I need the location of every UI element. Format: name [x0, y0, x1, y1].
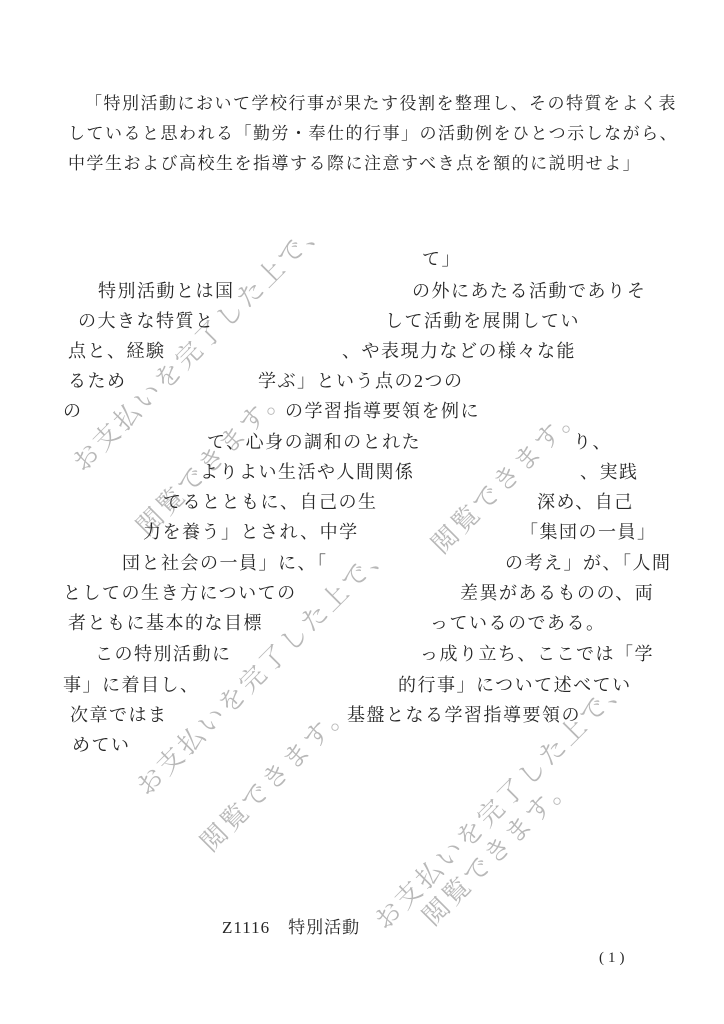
body-text-fragment: 団と社会の一員」に、「 [122, 549, 328, 575]
body-text-fragment: そ [627, 277, 647, 303]
body-line: としての生き方についての差異があるものの、両 [0, 579, 724, 605]
body-text-fragment: 点と、経験 [68, 337, 166, 363]
body-text-fragment: てるとともに、自己の生 [163, 488, 378, 514]
watermark-text: お支払いを完了した上で、 [132, 536, 396, 800]
body-text-fragment: り、 [573, 428, 612, 454]
body-text-fragment: めてい [72, 731, 131, 757]
body-text-fragment: 、や表現力などの様々な能 [342, 337, 576, 363]
body-line: 事」に着目し、的行事」について述べてい [0, 671, 724, 697]
watermark-text: 閲覧できます。 [418, 770, 578, 930]
body-text-fragment: としての生き方についての [63, 579, 297, 605]
body-text-fragment: の外にあたる活動であり [412, 277, 627, 303]
body-line: 者ともに基本的な目標っているのである。 [0, 609, 724, 635]
body-text-fragment: して活動を展開してい [385, 307, 580, 333]
body-text-fragment: の学習指導要領を例に [285, 397, 480, 423]
body-line: 次章ではま基盤となる学習指導要領の [0, 701, 724, 727]
body-line: るため学ぶ」という点の2つの [0, 367, 724, 393]
body-line: て、心身の調和のとれたり、 [0, 428, 724, 454]
body-text-fragment: 的行事」について述べてい [398, 671, 632, 697]
body-line: この特別活動にっ成り立ち、ここでは「学 [0, 640, 724, 666]
body-text-fragment: るため [68, 367, 127, 393]
document-page: お支払いを完了した上で、閲覧できます。お支払いを完了した上で、閲覧できます。閲覧… [0, 0, 724, 1024]
body-text-fragment: この特別活動に [95, 640, 232, 666]
page-number: (1) [599, 950, 629, 967]
body-text-fragment: 深め、自己 [537, 488, 634, 514]
document-code: Z1116 特別活動 [222, 913, 360, 938]
body-text-fragment: 者ともに基本的な目標 [68, 609, 263, 635]
prompt-line-2: していると思われる「勤労・奉仕的行事」の活動例をひとつ示しながら、 [68, 119, 678, 144]
body-text-fragment: 基盤となる学習指導要領の [347, 701, 581, 727]
body-text-fragment: 特別活動とは国 [98, 277, 235, 303]
body-text-fragment: の大きな特質と [78, 307, 215, 333]
body-text-fragment: 次章ではま [70, 701, 168, 727]
body-text-fragment: 力を養う」とされ、中学 [143, 518, 359, 544]
body-line: のの学習指導要領を例に [0, 397, 724, 423]
body-text-fragment: 学ぶ」という点の2つの [258, 367, 464, 393]
body-text-fragment: 事」に着目し、 [63, 671, 200, 697]
body-line: の大きな特質として活動を展開してい [0, 307, 724, 333]
body-line: てるとともに、自己の生深め、自己 [0, 488, 724, 514]
prompt-line-1: 「特別活動において学校行事が果たす役割を整理し、その特質をよく表 [85, 89, 677, 114]
body-line: めてい [0, 731, 724, 757]
body-text-fragment: 差異があるものの、両 [460, 579, 654, 605]
body-line: 力を養う」とされ、中学「集団の一員」 [0, 518, 724, 544]
body-text-fragment: よりよい生活や人間関係 [200, 458, 415, 484]
body-text-fragment: の考え」が、「人間 [505, 549, 672, 575]
body-text-fragment: の [63, 397, 83, 423]
body-line: 点と、経験、や表現力などの様々な能 [0, 337, 724, 363]
body-text-fragment: 「集団の一員」 [520, 518, 657, 544]
body-text-fragment: っ成り立ち、ここでは「学 [420, 640, 654, 666]
body-text-fragment: っているのである。 [430, 609, 606, 635]
body-line: 特別活動とは国の外にあたる活動でありそ [0, 277, 724, 303]
prompt-line-3: 中学生および高校生を指導する際に注意すべき点を額的に説明せよ」 [68, 149, 641, 174]
body-text-fragment: て、心身の調和のとれた [207, 428, 421, 454]
body-text-fragment: 、実践 [580, 458, 639, 484]
body-line: よりよい生活や人間関係、実践 [0, 458, 724, 484]
body-line: 団と社会の一員」に、「の考え」が、「人間 [0, 549, 724, 575]
essay-title-fragment: て」 [422, 245, 461, 271]
